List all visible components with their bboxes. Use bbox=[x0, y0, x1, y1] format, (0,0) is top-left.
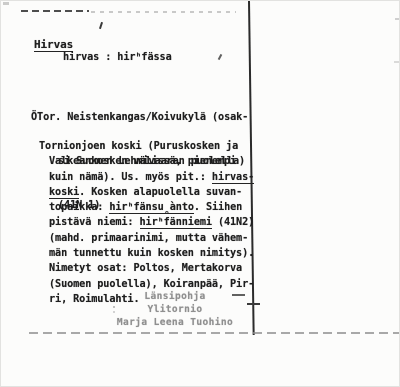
archive-card-scan: Hirvas hirvas : hirʰfässa ÖTor. Neistenk… bbox=[0, 0, 400, 387]
stamp-collector: Marja Leena Tuohino bbox=[109, 317, 241, 330]
bottom-dashed-line bbox=[29, 332, 399, 334]
text-line: Tornionjoen koski (Puruskosken ja bbox=[39, 139, 254, 154]
text-segment: Tornionjoen koski (Puruskosken ja bbox=[39, 141, 238, 152]
ink-speck bbox=[3, 2, 9, 5]
underlined-name: koski bbox=[49, 187, 79, 199]
text-segment: (41N2) bbox=[212, 217, 254, 228]
text-segment: . Siihen bbox=[194, 202, 242, 213]
entry-heading: Hirvas bbox=[34, 38, 73, 51]
ink-speck bbox=[395, 18, 400, 20]
entry-title: Hirvas bbox=[34, 38, 73, 52]
text-line: pistävä niemi: hirʰfänniemi (41N2) bbox=[49, 215, 254, 230]
text-line: koski. Kosken alapuolella suvan- bbox=[49, 185, 254, 200]
text-segment: Valkeankosken välissä, pienempi bbox=[49, 156, 236, 167]
text-line: ÖTor. Neistenkangas/Koivukylä (osak- bbox=[31, 111, 248, 126]
top-dashed-line-faint bbox=[91, 11, 236, 13]
pen-dash-mark bbox=[232, 294, 245, 296]
text-segment: pistävä niemi: bbox=[49, 217, 140, 228]
pen-dash-mark bbox=[247, 303, 260, 305]
text-segment: Nimetyt osat: Poltos, Mertakorva bbox=[49, 263, 242, 274]
text-line: (mahd. primaarinimi, mutta vähem- bbox=[49, 231, 254, 246]
text-segment: (Suomen puolella), Koiranpää, Pir- bbox=[49, 279, 254, 290]
text-line: män tunnettu kuin kosken nimitys). bbox=[49, 246, 254, 261]
phonetic-line: hirvas : hirʰfässa bbox=[63, 52, 172, 63]
stamp-parish: Ylitornio bbox=[109, 304, 241, 317]
text-segment: (mahd. primaarinimi, mutta vähem- bbox=[49, 233, 248, 244]
text-segment: topaikka: bbox=[49, 202, 109, 213]
text-line: topaikka: hirʰfänsu̯ànto. Siihen bbox=[49, 200, 254, 215]
ink-speck bbox=[394, 61, 399, 63]
description-paragraph: Tornionjoen koski (Puruskosken jaValkean… bbox=[49, 139, 254, 307]
stamp-block: Länsipohja Ylitornio Marja Leena Tuohino bbox=[109, 291, 241, 329]
text-segment: . Kosken alapuolella suvan- bbox=[79, 187, 242, 198]
text-line: Nimetyt osat: Poltos, Mertakorva bbox=[49, 261, 254, 276]
text-line: kuin nämä). Us. myös pit.: hirvas- bbox=[49, 170, 254, 185]
top-dashed-line bbox=[21, 10, 89, 12]
underlined-name: hirʰfänsu̯ànto bbox=[109, 202, 194, 214]
text-line: (Suomen puolella), Koiranpää, Pir- bbox=[49, 277, 254, 292]
text-segment: män tunnettu kuin kosken nimitys). bbox=[49, 248, 254, 259]
underlined-name: hirvas- bbox=[212, 172, 254, 184]
pen-tick-mark bbox=[218, 54, 223, 60]
underlined-name: hirʰfänniemi bbox=[140, 217, 212, 229]
text-line: Valkeankosken välissä, pienempi bbox=[49, 154, 254, 169]
ink-speck bbox=[113, 306, 115, 308]
stamp-region: Länsipohja bbox=[109, 291, 241, 304]
pen-tick-mark bbox=[99, 22, 103, 29]
text-segment: kuin nämä). Us. myös pit.: bbox=[49, 172, 212, 183]
